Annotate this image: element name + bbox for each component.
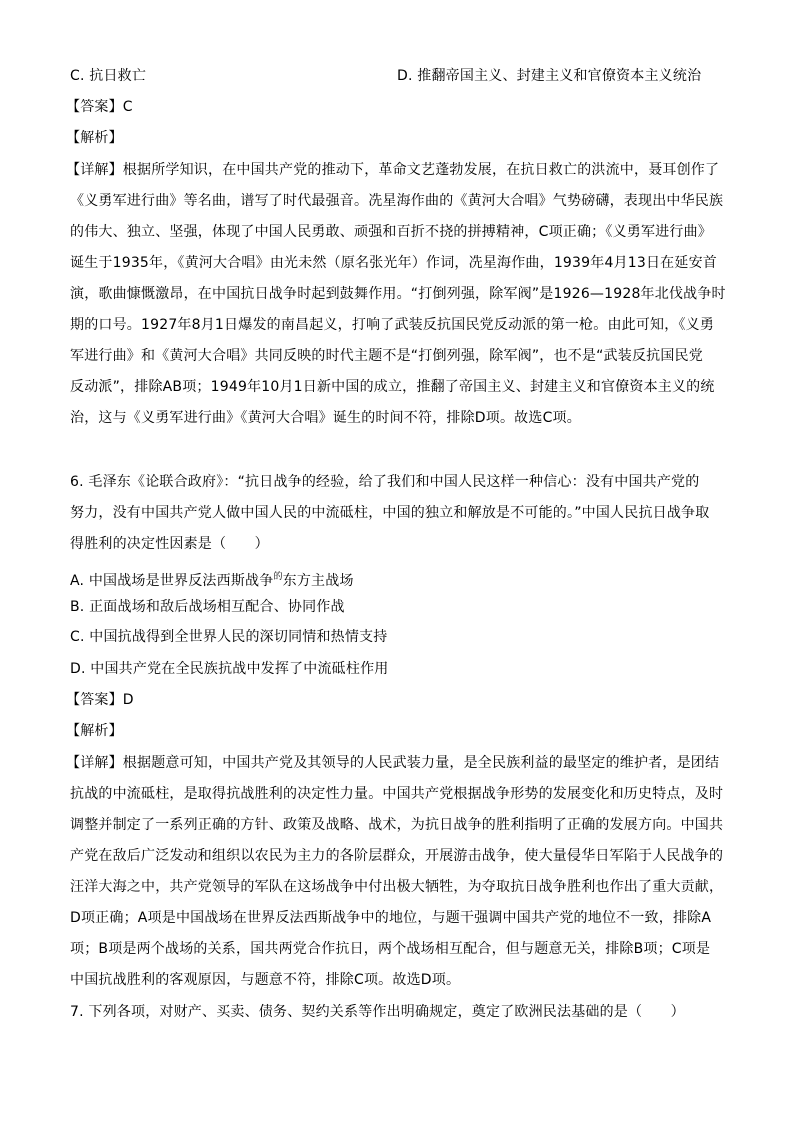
- prev-explanation-line: 反动派”，排除AB项；1949年10月1日新中国的成立，推翻了帝国主义、封建主义…: [70, 377, 715, 397]
- prev-explanation-line: 军进行曲》和《黄河大合唱》共同反映的时代主题不是“打倒列强，除军阀”，也不是“武…: [70, 346, 703, 366]
- prev-option-d: D. 推翻帝国主义、封建主义和官僚资本主义统治: [397, 66, 701, 86]
- q6-option-d: D. 中国共产党在全民族抗战中发挥了中流砥柱作用: [70, 659, 388, 679]
- q6-option-b: B. 正面战场和敌后战场相互配合、协同作战: [70, 597, 345, 617]
- q6-explanation-line: D项正确；A项是中国战场在世界反法西斯战争中的地位，与题干强调中国共产党的地位不…: [70, 908, 711, 928]
- q6-explanation-line: 调整并制定了一系列正确的方针、政策及战略、战术，为抗日战争的胜利指明了正确的发展…: [70, 815, 723, 835]
- q6-explanation-line: 【详解】根据题意可知，中国共产党及其领导的人民武装力量，是全民族利益的最坚定的维…: [66, 753, 719, 773]
- q6-explanation-line: 抗战的中流砥柱，是取得抗战胜利的决定性力量。中国共产党根据战争形势的发展变化和历…: [70, 784, 723, 804]
- q6-analysis-heading: 【解析】: [66, 721, 123, 741]
- q6-explanation-line: 汪洋大海之中，共产党领导的军队在这场战争中付出极大牺牲，为夺取抗日战争胜利也作出…: [70, 877, 723, 897]
- prev-explanation-line: 诞生于1935年，《黄河大合唱》由光未然（原名张光年）作词，冼星海作曲，1939…: [70, 253, 717, 273]
- q7-stem: 7. 下列各项，对财产、买卖、债务、契约关系等作出明确规定，奠定了欧洲民法基础的…: [70, 1002, 685, 1022]
- prev-option-c: C. 抗日救亡: [70, 66, 146, 86]
- q6-explanation-line: 中国抗战胜利的客观原因，与题意不符，排除C项。故选D项。: [70, 970, 460, 990]
- q6-explanation-line: 产党在敌后广泛发动和组织以农民为主力的各阶层群众，开展游击战争，使大量侵华日军陷…: [70, 846, 723, 866]
- q6-stem-line: 努力，没有中国共产党人做中国人民的中流砥柱，中国的独立和解放是不可能的。”中国人…: [70, 503, 709, 523]
- prev-answer: 【答案】C: [66, 97, 133, 117]
- prev-analysis-heading: 【解析】: [66, 128, 123, 148]
- prev-explanation-line: 演，歌曲慷慨激昂，在中国抗日战争时起到鼓舞作用。“打倒列强，除军阀”是1926—…: [70, 284, 726, 304]
- document-page: C. 抗日救亡 D. 推翻帝国主义、封建主义和官僚资本主义统治 【答案】C 【解…: [0, 0, 794, 1123]
- q6-option-c: C. 中国抗战得到全世界人民的深切同情和热情支持: [70, 627, 387, 647]
- q6-stem-line: 得胜利的决定性因素是（ ）: [70, 534, 269, 554]
- q6-answer: 【答案】D: [66, 690, 134, 710]
- prev-explanation-line: 期的口号。1927年8月1日爆发的南昌起义，打响了武装反抗国民党反动派的第一枪。…: [70, 315, 714, 335]
- q6-stem-line: 6. 毛泽东《论联合政府》：“抗日战争的经验，给了我们和中国人民这样一种信心：没…: [70, 472, 699, 492]
- q6-option-a-sup: 的: [273, 572, 282, 582]
- prev-explanation-line: 治，这与《义勇军进行曲》《黄河大合唱》诞生的时间不符，排除D项。故选C项。: [70, 408, 581, 428]
- prev-explanation-line: 【详解】根据所学知识，在中国共产党的推动下，革命文艺蓬勃发展，在抗日救亡的洪流中…: [66, 160, 719, 180]
- prev-explanation-line: 《义勇军进行曲》等名曲，谱写了时代最强音。冼星海作曲的《黄河大合唱》气势磅礴，表…: [70, 191, 723, 211]
- q6-option-a-pre: A. 中国战场是世界反法西斯战争: [70, 573, 273, 589]
- prev-explanation-line: 的伟大、独立、坚强，体现了中国人民勇敢、顽强和百折不挠的拼搏精神，C项正确；《义…: [70, 222, 712, 242]
- q6-option-a: A. 中国战场是世界反法西斯战争的东方主战场: [70, 567, 354, 591]
- q6-explanation-line: 项；B项是两个战场的关系，国共两党合作抗日，两个战场相互配合，但与题意无关，排除…: [70, 939, 710, 959]
- q6-option-a-post: 东方主战场: [283, 573, 354, 589]
